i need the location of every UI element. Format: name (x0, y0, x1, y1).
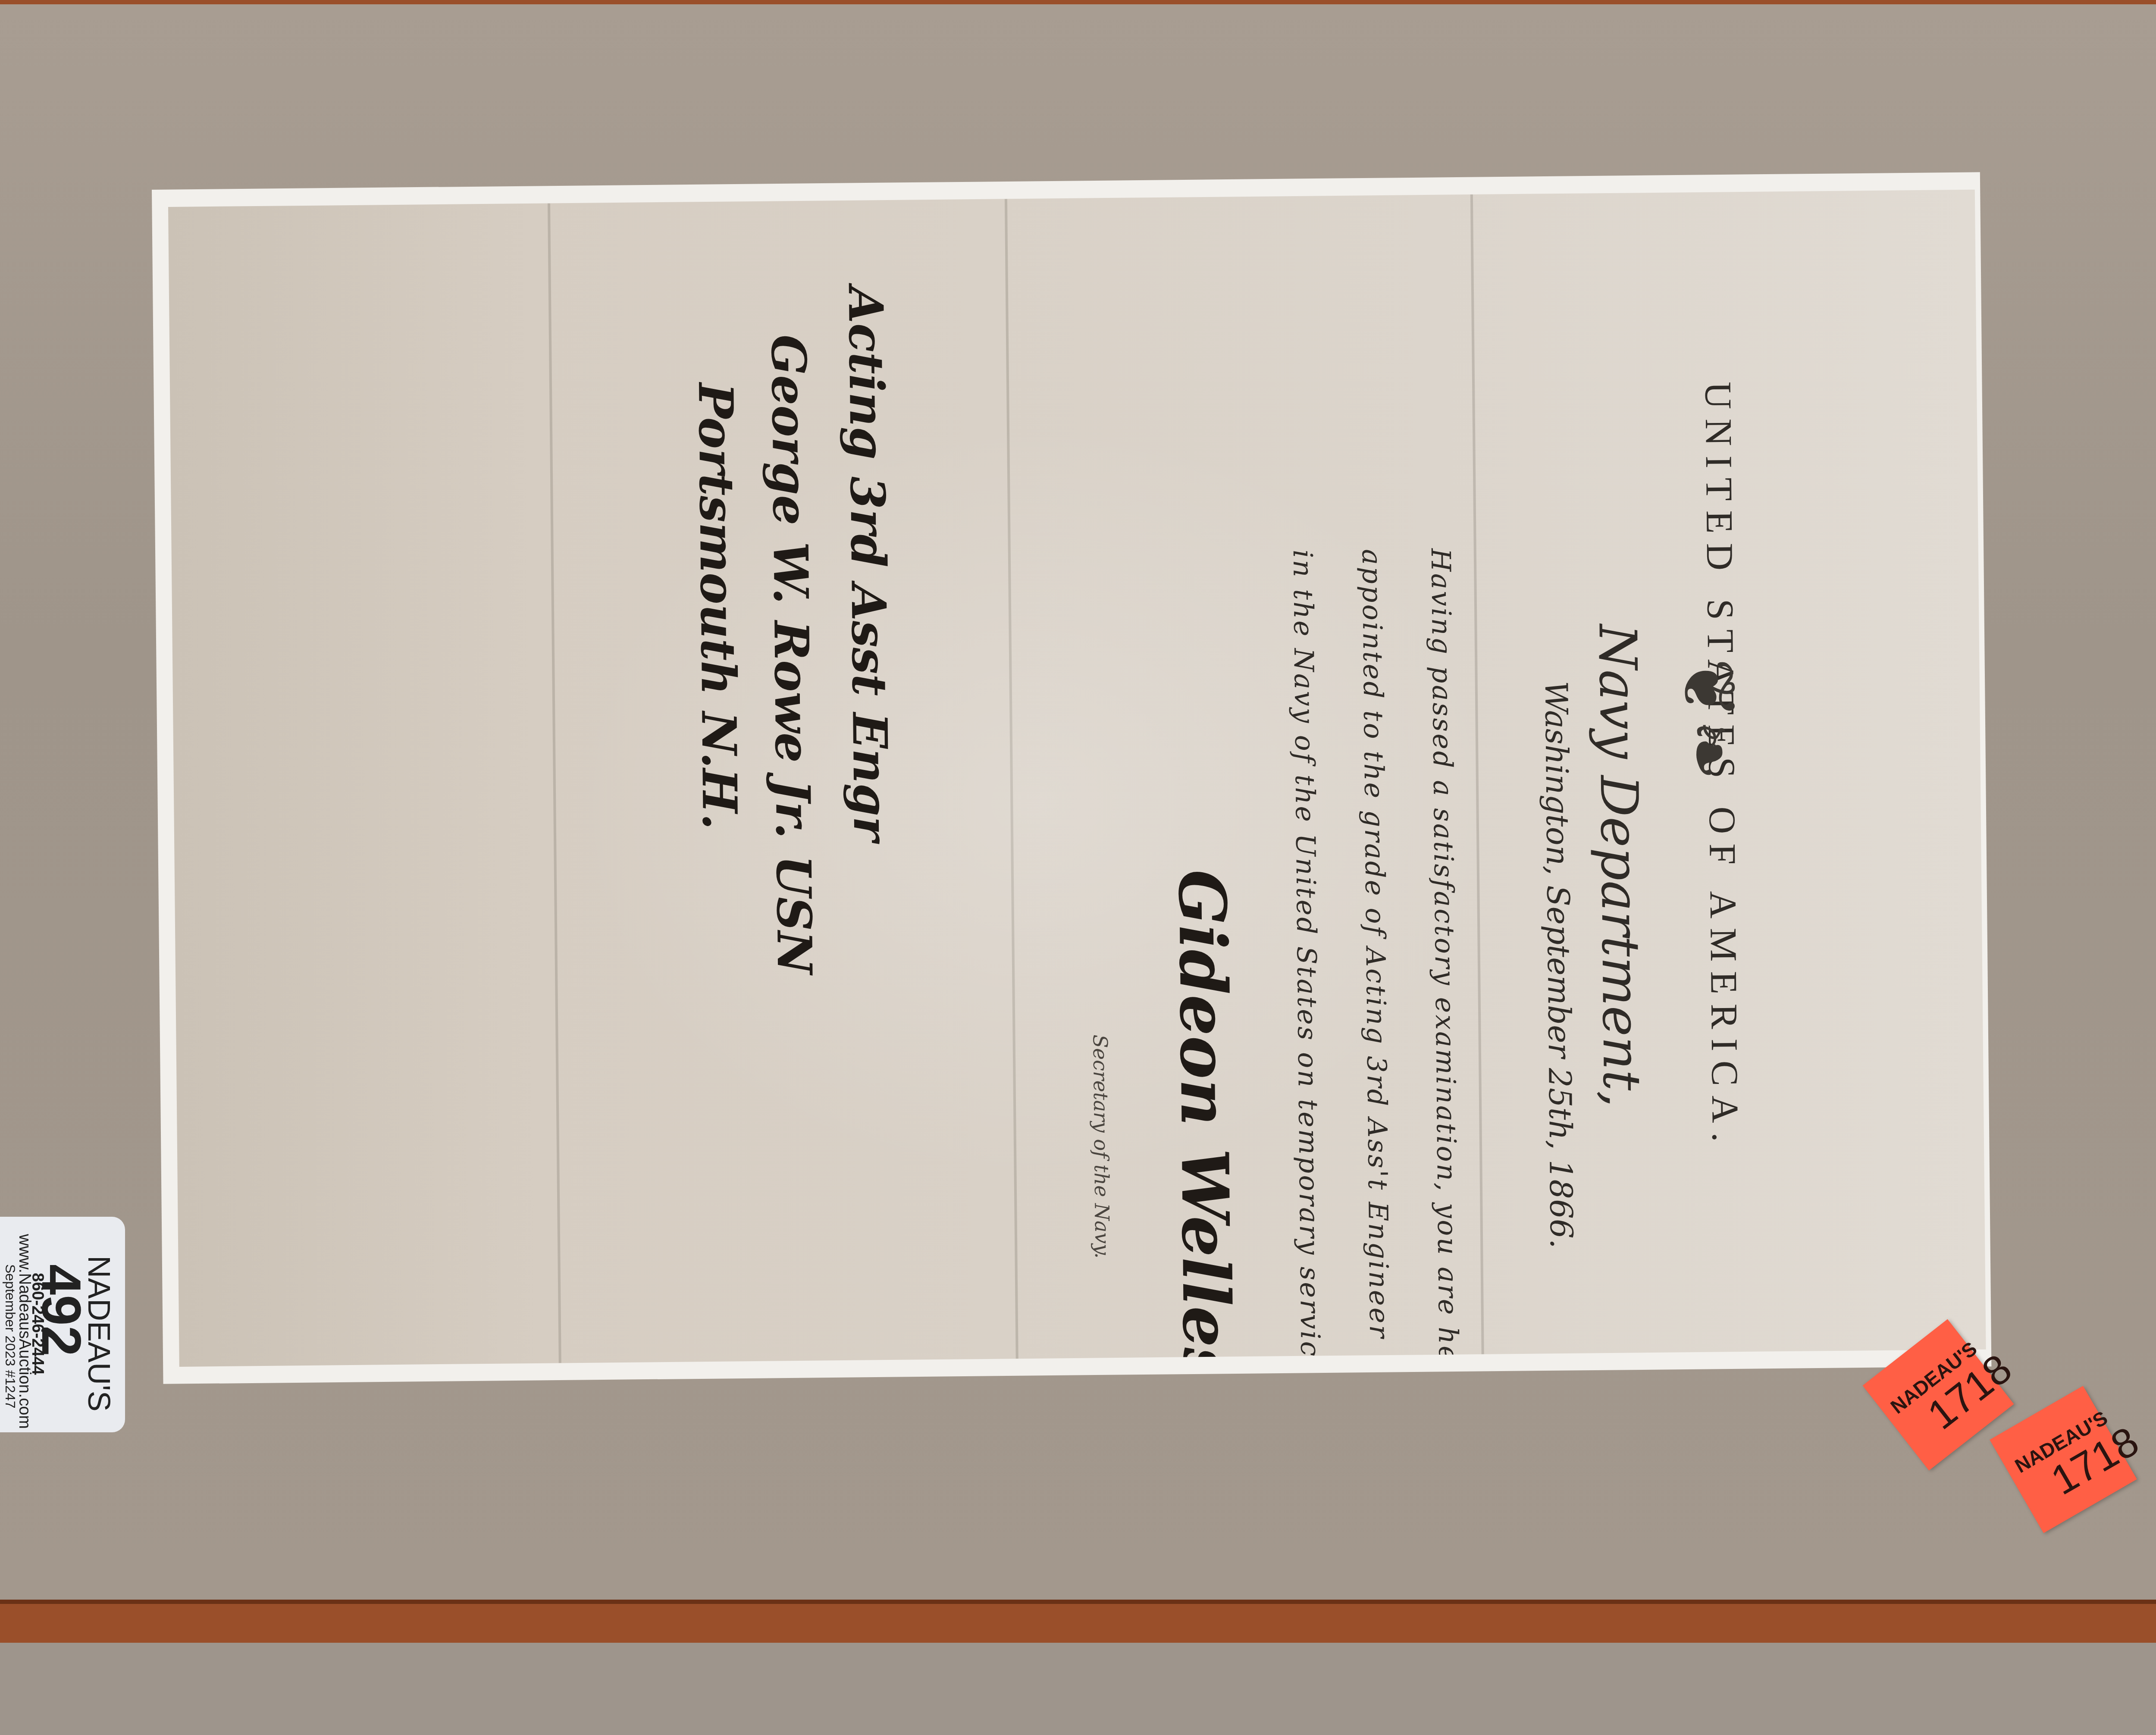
fold-line (1005, 199, 1018, 1359)
fold-line (548, 203, 561, 1363)
address-line: Acting 3rd Asst Engr (838, 286, 899, 842)
place-date: Washington, September 25th, 1866. (1538, 681, 1580, 1249)
auction-lot-label: NADEAU'S 492 860-246-2444 www.NadeausAuc… (0, 1217, 125, 1432)
address-line: George W. Rowe Jr. USN (761, 335, 822, 975)
signature-title: Secretary of the Navy. (1089, 1034, 1114, 1259)
signature: Gideon Welles (1164, 869, 1244, 1367)
body-line: in the Navy of the United States on temp… (1287, 549, 1327, 1366)
body-line: appointed to the grade of Acting 3rd Ass… (1356, 549, 1395, 1340)
body-line: Having passed a satisfactory examination… (1425, 548, 1465, 1367)
fold-line (1470, 194, 1484, 1354)
address-line: Portsmouth N.H. (688, 382, 748, 830)
lot-sale: September 2023 #1247 (2, 1264, 18, 1408)
flourish-ornament-icon: ❦❧ (1665, 658, 1752, 781)
wall-below-frame (0, 1643, 2156, 1735)
document-paper: UNITED STATES OF AMERICA. ❦❧ Navy Depart… (168, 190, 1986, 1367)
department-name: Navy Department, (1587, 624, 1651, 1107)
